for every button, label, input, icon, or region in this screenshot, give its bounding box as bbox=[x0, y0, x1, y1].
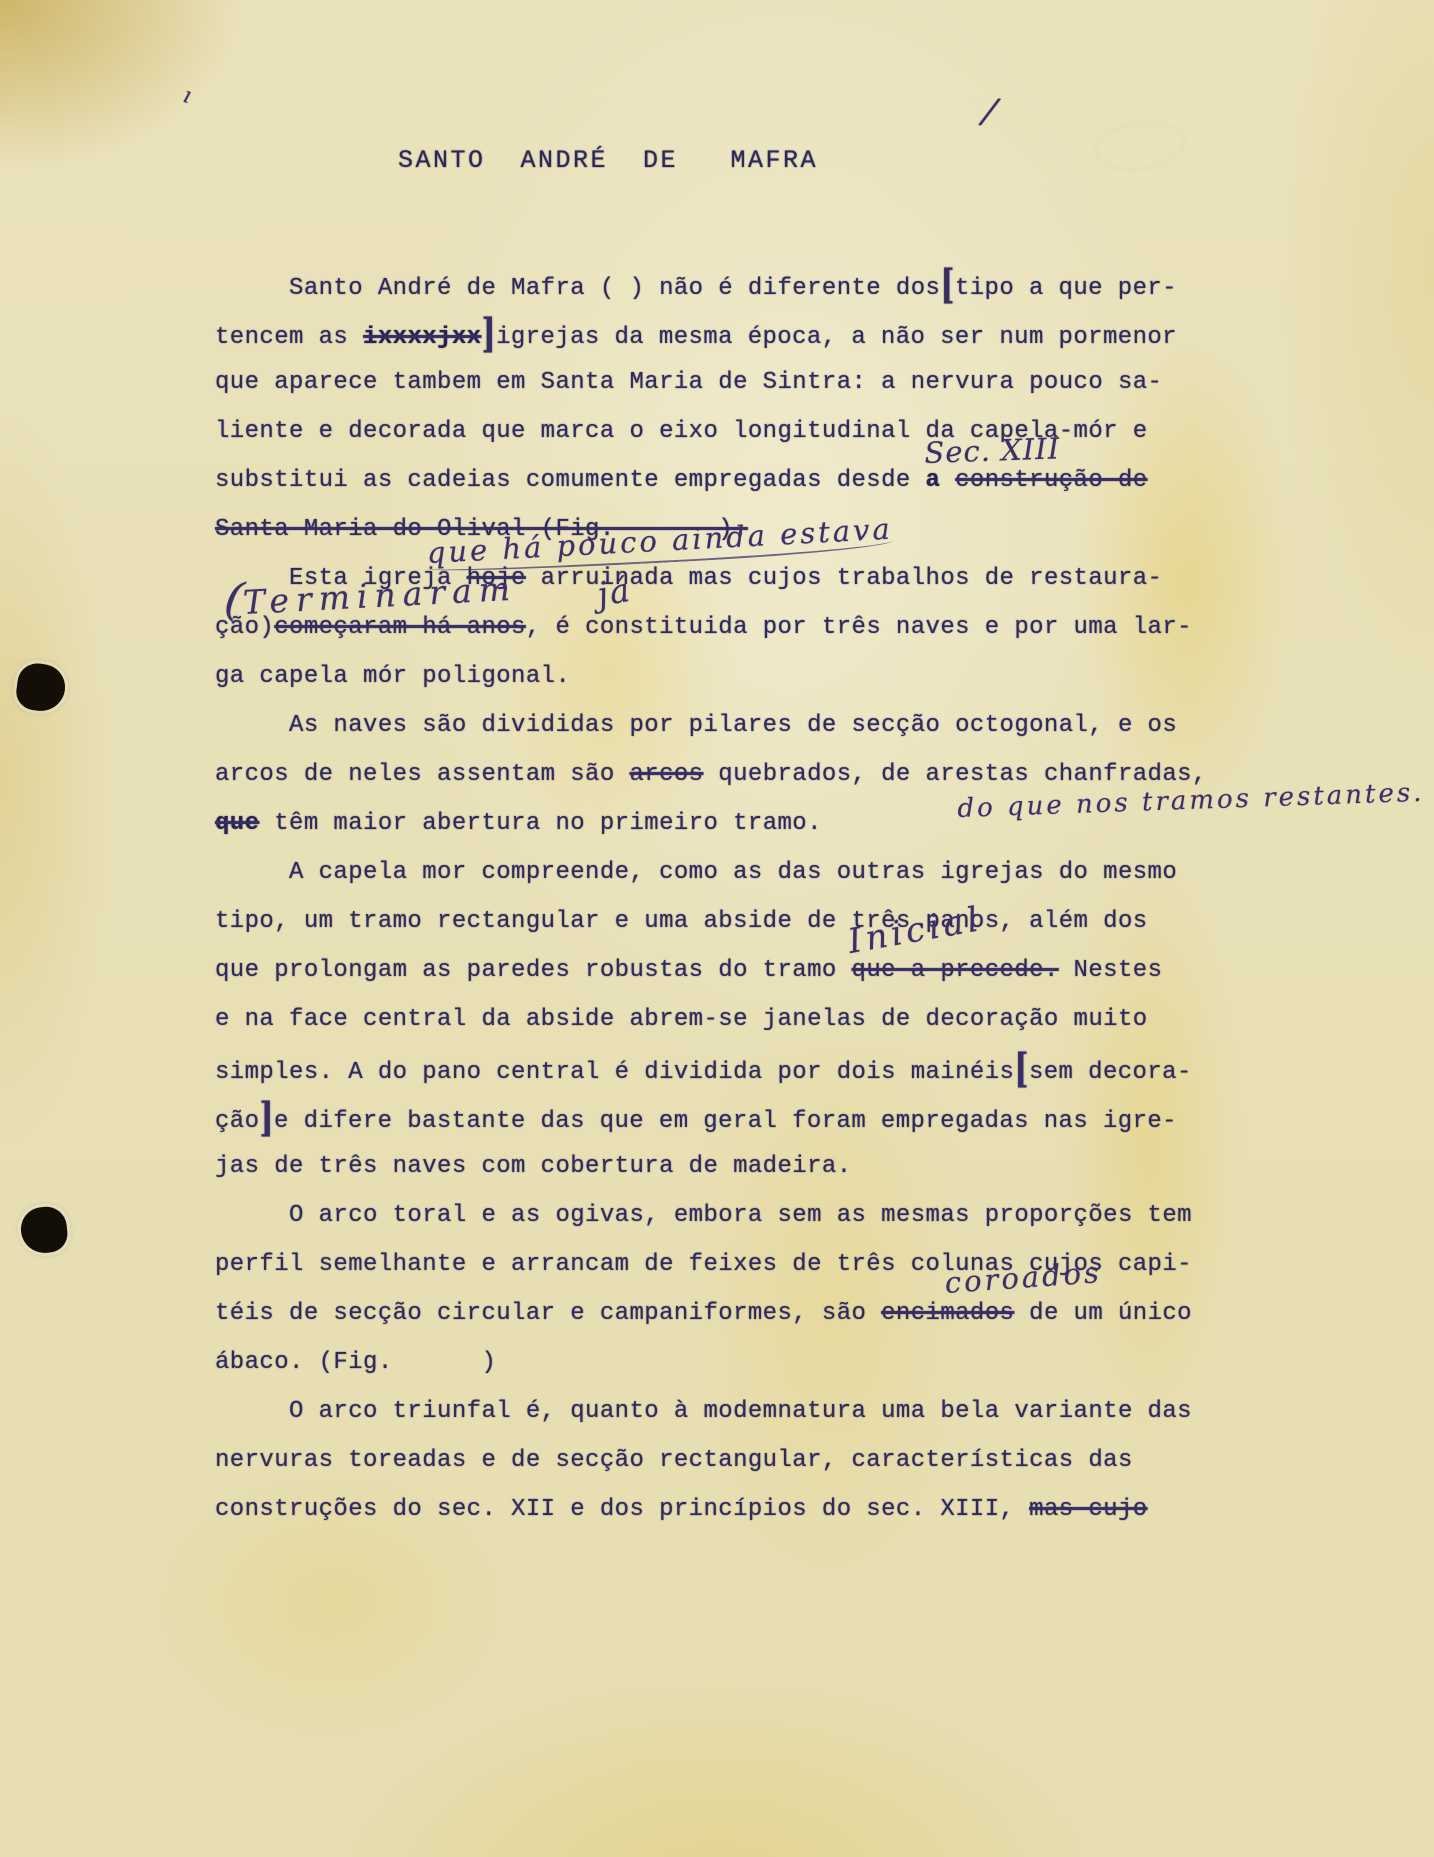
typed-text: O arco triunfal é, quanto à modemnatura … bbox=[215, 1398, 1192, 1425]
punch-hole bbox=[19, 1205, 70, 1256]
typed-text: construções do sec. XII e dos princípios… bbox=[215, 1496, 1029, 1523]
typed-text: simples. A do pano central é dividida po… bbox=[215, 1059, 1014, 1086]
typed-text: A capela mor compreende, como as das out… bbox=[215, 859, 1177, 886]
typed-line: ção]e difere bastante das que em geral f… bbox=[215, 1103, 1177, 1137]
struck-text-bold: que bbox=[215, 810, 259, 837]
typed-line: A capela mor compreende, como as das out… bbox=[215, 858, 1177, 888]
typed-line: e na face central da abside abrem-se jan… bbox=[215, 1005, 1148, 1035]
typed-line: jas de três naves com cobertura de madei… bbox=[215, 1152, 852, 1182]
typed-text: nervuras toreadas e de secção rectangula… bbox=[215, 1447, 1133, 1474]
typed-line: ga capela mór poligonal. bbox=[215, 662, 570, 692]
typed-line: As naves são divididas por pilares de se… bbox=[215, 711, 1177, 741]
insert-ja: já bbox=[594, 570, 634, 614]
typed-text: arcos de neles assentam são bbox=[215, 761, 629, 788]
typed-line: téis de secção circular e campaniformes,… bbox=[215, 1299, 1192, 1329]
note-sec-xiii: Sec. XIII bbox=[924, 431, 1061, 470]
typed-text: substitui as cadeias comumente empregada… bbox=[215, 467, 926, 494]
typed-line: substitui as cadeias comumente empregada… bbox=[215, 466, 1148, 496]
typed-text: ção bbox=[215, 1108, 259, 1135]
typed-line: que aparece tambem em Santa Maria de Sin… bbox=[215, 368, 1162, 398]
stray-mark: ı bbox=[180, 83, 194, 109]
struck-text: que a precede. bbox=[852, 957, 1059, 984]
typed-line: tipo, um tramo rectangular e uma abside … bbox=[215, 907, 1148, 937]
typed-text: e difere bastante das que em geral foram… bbox=[274, 1108, 1177, 1135]
typed-line: nervuras toreadas e de secção rectangula… bbox=[215, 1446, 1133, 1476]
typed-line: tencem as ixxxxjxx]igrejas da mesma époc… bbox=[215, 319, 1177, 353]
typed-text: téis de secção circular e campaniformes,… bbox=[215, 1300, 881, 1327]
typed-text: , é constituida por três naves e por uma… bbox=[526, 614, 1192, 641]
typed-line: construções do sec. XII e dos princípios… bbox=[215, 1495, 1148, 1525]
typed-line: que prolongam as paredes robustas do tra… bbox=[215, 956, 1162, 986]
typed-text: que aparece tambem em Santa Maria de Sin… bbox=[215, 369, 1162, 396]
typed-line: que têm maior abertura no primeiro tramo… bbox=[215, 809, 822, 839]
typed-line: ábaco. (Fig. ) bbox=[215, 1348, 496, 1378]
typed-text: sem decora- bbox=[1029, 1059, 1192, 1086]
typed-text: Santo André de Mafra ( ) não é diferente… bbox=[215, 275, 940, 302]
struck-text-bold: ixxxxjxx bbox=[363, 324, 481, 351]
document-page: SANTO ANDRÉ DE MAFRA Santo André de Mafr… bbox=[0, 0, 1434, 1857]
typed-line: Santo André de Mafra ( ) não é diferente… bbox=[215, 270, 1177, 304]
hand-bracket: ] bbox=[259, 1099, 274, 1140]
typed-text-bold: a bbox=[926, 467, 956, 494]
struck-text: construção de bbox=[955, 467, 1147, 494]
struck-text: arcos bbox=[629, 761, 703, 788]
struck-text: mas cujo bbox=[1029, 1496, 1147, 1523]
punch-hole bbox=[14, 661, 68, 714]
hand-bracket: [ bbox=[940, 266, 955, 307]
hand-bracket: [ bbox=[1014, 1050, 1029, 1091]
typed-text: ábaco. (Fig. ) bbox=[215, 1349, 496, 1376]
hand-bracket: ] bbox=[481, 315, 496, 356]
paper-watermark bbox=[1087, 111, 1194, 180]
typed-text: que prolongam as paredes robustas do tra… bbox=[215, 957, 852, 984]
typed-text: tencem as bbox=[215, 324, 363, 351]
typed-text: de um único bbox=[1014, 1300, 1192, 1327]
typed-line: O arco triunfal é, quanto à modemnatura … bbox=[215, 1397, 1192, 1427]
stray-slash: / bbox=[980, 91, 999, 133]
typed-line: simples. A do pano central é dividida po… bbox=[215, 1054, 1192, 1088]
typed-text: ga capela mór poligonal. bbox=[215, 663, 570, 690]
typed-text: igrejas da mesma época, a não ser num po… bbox=[496, 324, 1177, 351]
typed-line: O arco toral e as ogivas, embora sem as … bbox=[215, 1201, 1192, 1231]
typed-text: e na face central da abside abrem-se jan… bbox=[215, 1006, 1148, 1033]
typed-text: Nestes bbox=[1059, 957, 1163, 984]
typed-text: As naves são divididas por pilares de se… bbox=[215, 712, 1177, 739]
page-title: SANTO ANDRÉ DE MAFRA bbox=[398, 146, 818, 175]
typed-text: quebrados, de arestas chanfradas, bbox=[703, 761, 1206, 788]
typed-text: tipo, um tramo rectangular e uma abside … bbox=[215, 908, 1148, 935]
struck-text: encimados bbox=[881, 1300, 1014, 1327]
typed-text: jas de três naves com cobertura de madei… bbox=[215, 1153, 852, 1180]
typed-text: têm maior abertura no primeiro tramo. bbox=[259, 810, 822, 837]
typed-line: arcos de neles assentam são arcos quebra… bbox=[215, 760, 1207, 790]
typed-text: tipo a que per- bbox=[955, 275, 1177, 302]
typed-line: ção)começaram há anos, é constituida por… bbox=[215, 613, 1192, 643]
typed-text: O arco toral e as ogivas, embora sem as … bbox=[215, 1202, 1192, 1229]
